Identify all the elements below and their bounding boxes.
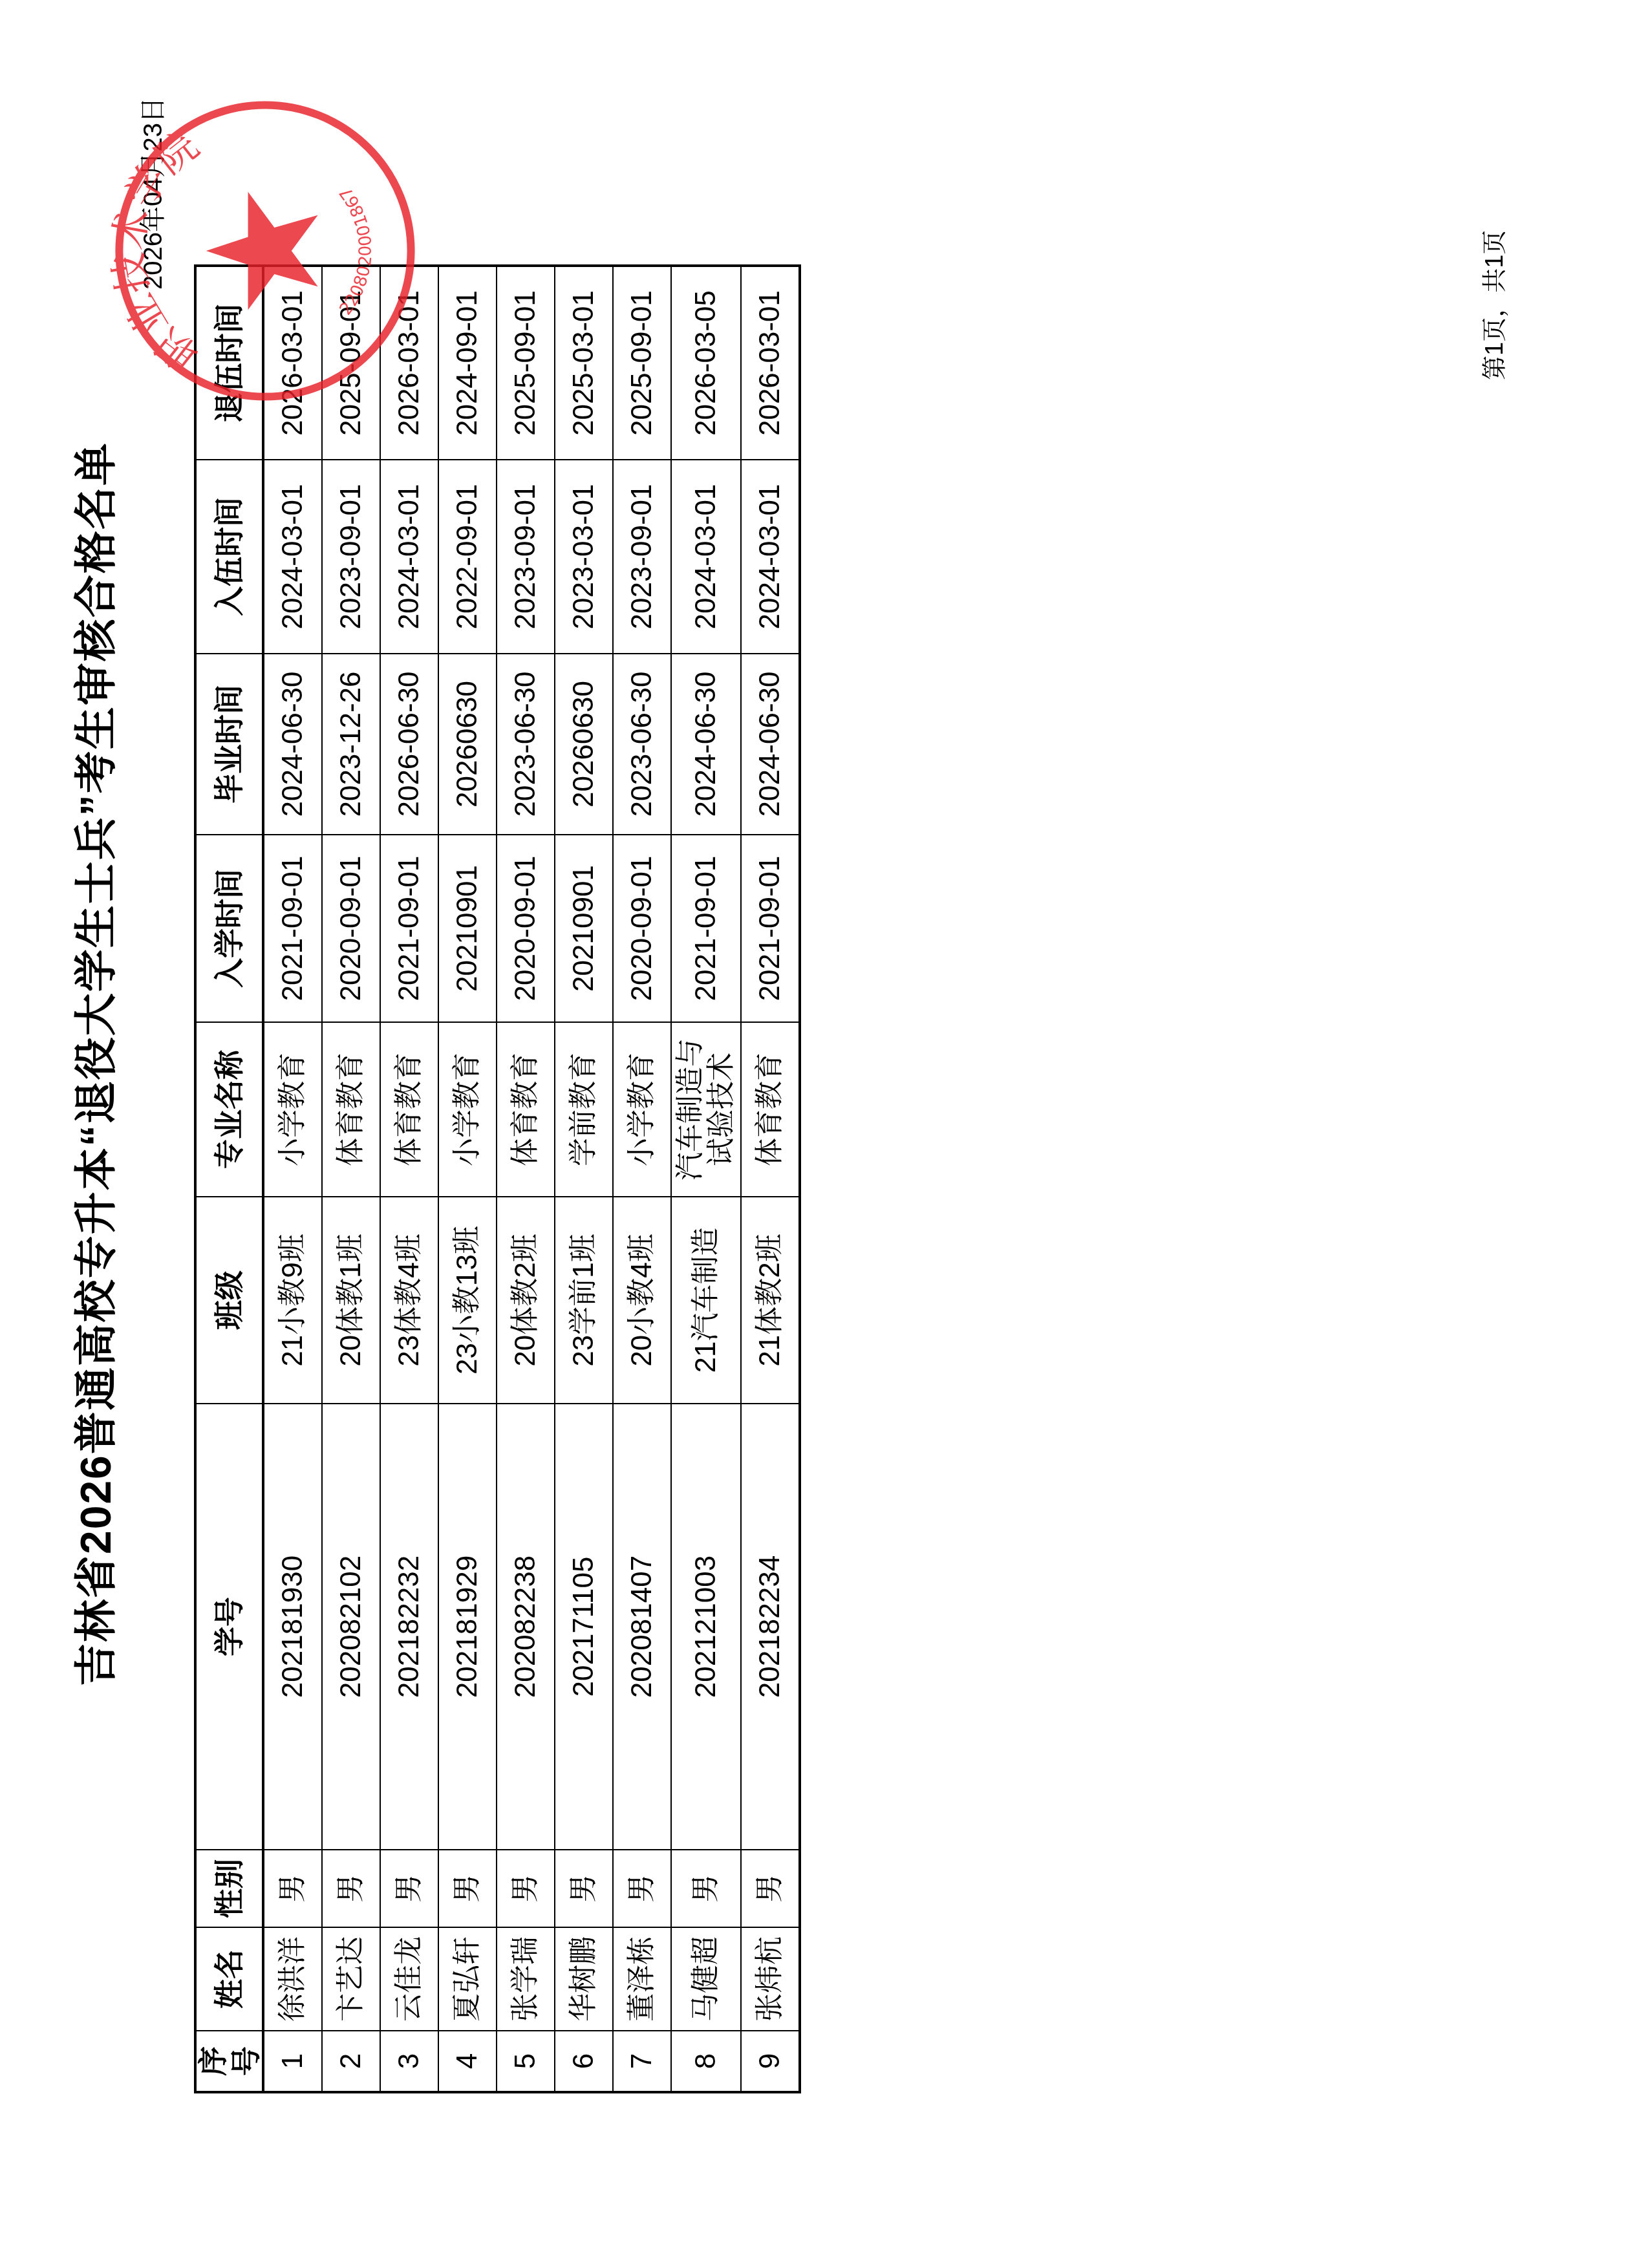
cell-gender: 男 bbox=[322, 1850, 380, 1927]
cell-name: 张学瑞 bbox=[497, 1927, 555, 2031]
cell-graduate-date: 20260630 bbox=[555, 654, 613, 835]
cell-no: 6 bbox=[555, 2031, 613, 2092]
cell-enlist-date: 2023-09-01 bbox=[613, 460, 671, 654]
cell-name: 董泽栋 bbox=[613, 1927, 671, 2031]
cell-no: 9 bbox=[741, 2031, 800, 2092]
cell-gender: 男 bbox=[263, 1850, 322, 1927]
header-enlist-date: 入伍时间 bbox=[195, 460, 263, 654]
cell-name: 夏弘轩 bbox=[438, 1927, 497, 2031]
cell-class: 23学前1班 bbox=[555, 1197, 613, 1404]
cell-name: 卞艺达 bbox=[322, 1927, 380, 2031]
header-graduate-date: 毕业时间 bbox=[195, 654, 263, 835]
cell-gender: 男 bbox=[613, 1850, 671, 1927]
document-title: 吉林省2026普通高校专升本“退役大学生士兵”考生审核合格名单 bbox=[61, 328, 123, 1686]
cell-class: 21体教2班 bbox=[741, 1197, 800, 1404]
cell-gender: 男 bbox=[380, 1850, 438, 1927]
cell-no: 2 bbox=[322, 2031, 380, 2092]
header-enroll-date: 入学时间 bbox=[195, 835, 263, 1022]
table-header-row: 序号 姓名 性别 学号 班级 专业名称 入学时间 毕业时间 入伍时间 退伍时间 bbox=[195, 266, 263, 2092]
cell-student-id: 202171105 bbox=[555, 1404, 613, 1850]
header-gender: 性别 bbox=[195, 1850, 263, 1927]
cell-graduate-date: 2023-06-30 bbox=[497, 654, 555, 835]
cell-no: 3 bbox=[380, 2031, 438, 2092]
document-page: 吉林省2026普通高校专升本“退役大学生士兵”考生审核合格名单 2026年04月… bbox=[0, 0, 1650, 2268]
table-row: 1徐洪洋男20218193021小教9班小学教育2021-09-012024-0… bbox=[263, 266, 322, 2092]
cell-major: 体育教育 bbox=[322, 1022, 380, 1197]
cell-graduate-date: 2024-06-30 bbox=[741, 654, 800, 835]
cell-enroll-date: 2020-09-01 bbox=[613, 835, 671, 1022]
cell-class: 21小教9班 bbox=[263, 1197, 322, 1404]
header-major: 专业名称 bbox=[195, 1022, 263, 1197]
header-no: 序号 bbox=[195, 2031, 263, 2092]
cell-class: 20体教2班 bbox=[497, 1197, 555, 1404]
cell-graduate-date: 2026-06-30 bbox=[380, 654, 438, 835]
cell-gender: 男 bbox=[671, 1850, 741, 1927]
cell-class: 20体教1班 bbox=[322, 1197, 380, 1404]
cell-major: 小学教育 bbox=[613, 1022, 671, 1197]
cell-enroll-date: 2021-09-01 bbox=[263, 835, 322, 1022]
cell-name: 马健超 bbox=[671, 1927, 741, 2031]
cell-major: 学前教育 bbox=[555, 1022, 613, 1197]
cell-student-id: 202082238 bbox=[497, 1404, 555, 1850]
cell-graduate-date: 20260630 bbox=[438, 654, 497, 835]
cell-gender: 男 bbox=[741, 1850, 800, 1927]
cell-discharge-date: 2025-09-01 bbox=[613, 266, 671, 460]
cell-enlist-date: 2024-03-01 bbox=[741, 460, 800, 654]
cell-discharge-date: 2025-03-01 bbox=[555, 266, 613, 460]
cell-class: 23小教13班 bbox=[438, 1197, 497, 1404]
cell-discharge-date: 2026-03-01 bbox=[741, 266, 800, 460]
cell-name: 云佳龙 bbox=[380, 1927, 438, 2031]
table-row: 3云佳龙男20218223223体教4班体育教育2021-09-012026-0… bbox=[380, 266, 438, 2092]
cell-discharge-date: 2026-03-01 bbox=[380, 266, 438, 460]
cell-student-id: 202082102 bbox=[322, 1404, 380, 1850]
cell-major: 汽车制造与试验技术 bbox=[671, 1022, 741, 1197]
cell-student-id: 202081407 bbox=[613, 1404, 671, 1850]
page-indicator: 第1页，共1页 bbox=[1474, 230, 1510, 380]
cell-enlist-date: 2024-03-01 bbox=[671, 460, 741, 654]
cell-graduate-date: 2024-06-30 bbox=[263, 654, 322, 835]
header-name: 姓名 bbox=[195, 1927, 263, 2031]
cell-graduate-date: 2023-12-26 bbox=[322, 654, 380, 835]
cell-student-id: 202121003 bbox=[671, 1404, 741, 1850]
cell-enlist-date: 2023-09-01 bbox=[322, 460, 380, 654]
cell-enroll-date: 2020-09-01 bbox=[322, 835, 380, 1022]
cell-major: 体育教育 bbox=[380, 1022, 438, 1197]
cell-class: 20小教4班 bbox=[613, 1197, 671, 1404]
table-row: 4夏弘轩男20218192923小教13班小学教育202109012026063… bbox=[438, 266, 497, 2092]
cell-major: 体育教育 bbox=[497, 1022, 555, 1197]
cell-student-id: 202182234 bbox=[741, 1404, 800, 1850]
cell-graduate-date: 2023-06-30 bbox=[613, 654, 671, 835]
cell-discharge-date: 2025-09-01 bbox=[497, 266, 555, 460]
cell-enlist-date: 2023-03-01 bbox=[555, 460, 613, 654]
cell-enlist-date: 2022-09-01 bbox=[438, 460, 497, 654]
cell-discharge-date: 2025-09-01 bbox=[322, 266, 380, 460]
cell-student-id: 202181929 bbox=[438, 1404, 497, 1850]
cell-class: 21汽车制造 bbox=[671, 1197, 741, 1404]
cell-name: 华树鹏 bbox=[555, 1927, 613, 2031]
cell-class: 23体教4班 bbox=[380, 1197, 438, 1404]
table-row: 7董泽栋男20208140720小教4班小学教育2020-09-012023-0… bbox=[613, 266, 671, 2092]
table-row: 9张炜杭男20218223421体教2班体育教育2021-09-012024-0… bbox=[741, 266, 800, 2092]
cell-no: 1 bbox=[263, 2031, 322, 2092]
cell-enlist-date: 2024-03-01 bbox=[263, 460, 322, 654]
cell-no: 8 bbox=[671, 2031, 741, 2092]
cell-name: 张炜杭 bbox=[741, 1927, 800, 2031]
cell-enroll-date: 2021-09-01 bbox=[671, 835, 741, 1022]
cell-enroll-date: 20210901 bbox=[555, 835, 613, 1022]
cell-major: 小学教育 bbox=[263, 1022, 322, 1197]
table-row: 5张学瑞男20208223820体教2班体育教育2020-09-012023-0… bbox=[497, 266, 555, 2092]
qualified-list-table: 序号 姓名 性别 学号 班级 专业名称 入学时间 毕业时间 入伍时间 退伍时间 … bbox=[194, 264, 801, 2093]
cell-name: 徐洪洋 bbox=[263, 1927, 322, 2031]
cell-enroll-date: 2021-09-01 bbox=[380, 835, 438, 1022]
table-row: 6华树鹏男20217110523学前1班学前教育2021090120260630… bbox=[555, 266, 613, 2092]
cell-no: 4 bbox=[438, 2031, 497, 2092]
cell-enlist-date: 2024-03-01 bbox=[380, 460, 438, 654]
cell-no: 5 bbox=[497, 2031, 555, 2092]
cell-enlist-date: 2023-09-01 bbox=[497, 460, 555, 654]
cell-gender: 男 bbox=[438, 1850, 497, 1927]
cell-gender: 男 bbox=[497, 1850, 555, 1927]
table-row: 2卞艺达男20208210220体教1班体育教育2020-09-012023-1… bbox=[322, 266, 380, 2092]
cell-discharge-date: 2026-03-05 bbox=[671, 266, 741, 460]
cell-no: 7 bbox=[613, 2031, 671, 2092]
header-student-id: 学号 bbox=[195, 1404, 263, 1850]
cell-enroll-date: 2021-09-01 bbox=[741, 835, 800, 1022]
cell-major: 体育教育 bbox=[741, 1022, 800, 1197]
cell-enroll-date: 20210901 bbox=[438, 835, 497, 1022]
cell-gender: 男 bbox=[555, 1850, 613, 1927]
cell-enroll-date: 2020-09-01 bbox=[497, 835, 555, 1022]
header-class: 班级 bbox=[195, 1197, 263, 1404]
cell-discharge-date: 2024-09-01 bbox=[438, 266, 497, 460]
cell-major: 小学教育 bbox=[438, 1022, 497, 1197]
issue-date: 2026年04月23日 bbox=[133, 97, 169, 290]
cell-graduate-date: 2024-06-30 bbox=[671, 654, 741, 835]
cell-student-id: 202181930 bbox=[263, 1404, 322, 1850]
table-row: 8马健超男20212100321汽车制造汽车制造与试验技术2021-09-012… bbox=[671, 266, 741, 2092]
cell-discharge-date: 2026-03-01 bbox=[263, 266, 322, 460]
cell-student-id: 202182232 bbox=[380, 1404, 438, 1850]
header-discharge-date: 退伍时间 bbox=[195, 266, 263, 460]
